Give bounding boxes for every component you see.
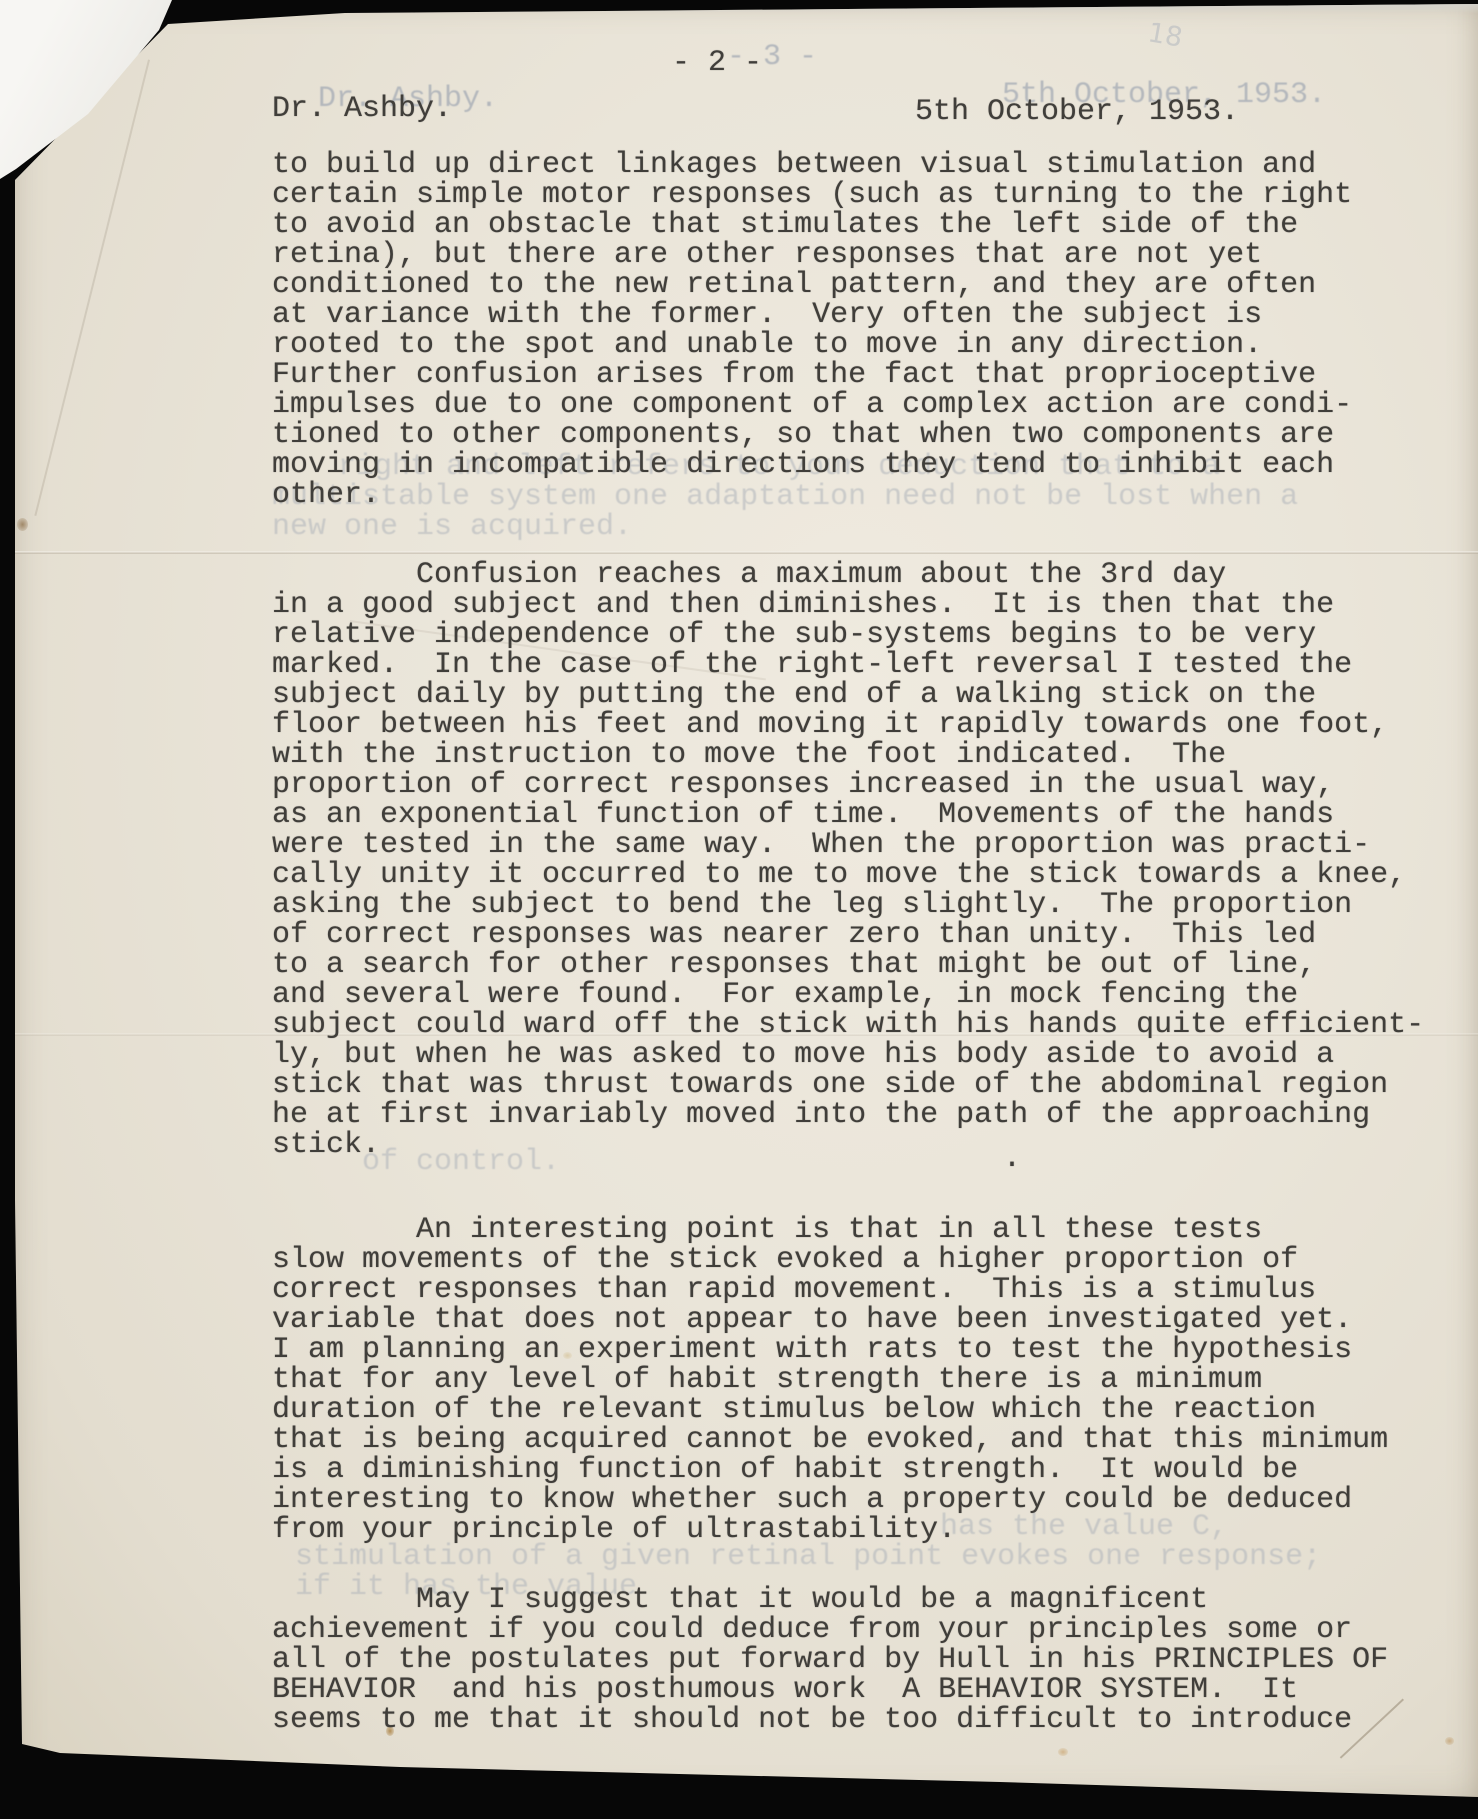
text-line: conditioned to the new retinal pattern, … — [272, 270, 1352, 300]
horizontal-fold-crease — [15, 551, 1478, 554]
text-line: I am planning an experiment with rats to… — [272, 1335, 1388, 1365]
addressee: Dr. Ashby. — [272, 92, 452, 126]
text-line: from your principle of ultrastability. — [272, 1515, 1388, 1545]
text-line: stick that was thrust towards one side o… — [272, 1070, 1424, 1100]
page-number: - 2 - — [672, 46, 762, 80]
text-line: certain simple motor responses (such as … — [272, 180, 1352, 210]
text-line: stick. — [272, 1130, 1424, 1160]
text-line: with the instruction to move the foot in… — [272, 740, 1424, 770]
text-line: and several were found. For example, in … — [272, 980, 1424, 1010]
text-line: to build up direct linkages between visu… — [272, 150, 1352, 180]
pencil-mark: 18 — [1146, 17, 1185, 53]
text-line: relative independence of the sub-systems… — [272, 620, 1424, 650]
bleedthrough-text: new one is acquired. — [272, 512, 632, 542]
folded-corner — [1405, 1697, 1475, 1759]
text-line: in a good subject and then diminishes. I… — [272, 590, 1424, 620]
text-line: cally unity it occurred to me to move th… — [272, 860, 1424, 890]
text-line: subject daily by putting the end of a wa… — [272, 680, 1424, 710]
text-line: were tested in the same way. When the pr… — [272, 830, 1424, 860]
text-line: he at first invariably moved into the pa… — [272, 1100, 1424, 1130]
text-line: to avoid an obstacle that stimulates the… — [272, 210, 1352, 240]
paragraph-2: Confusion reaches a maximum about the 3r… — [272, 560, 1424, 1160]
text-line: as an exponential function of time. Move… — [272, 800, 1424, 830]
paper-stain — [17, 518, 28, 531]
text-line: subject could ward off the stick with hi… — [272, 1010, 1424, 1040]
text-line: is a diminishing function of habit stren… — [272, 1455, 1388, 1485]
text-line: seems to me that it should not be too di… — [272, 1705, 1388, 1735]
text-line: An interesting point is that in all thes… — [272, 1215, 1388, 1245]
text-line: that is being acquired cannot be evoked,… — [272, 1425, 1388, 1455]
text-line: interesting to know whether such a prope… — [272, 1485, 1388, 1515]
text-line: variable that does not appear to have be… — [272, 1305, 1388, 1335]
text-line: Confusion reaches a maximum about the 3r… — [272, 560, 1424, 590]
text-line: marked. In the case of the right-left re… — [272, 650, 1424, 680]
text-line: tioned to other components, so that when… — [272, 420, 1352, 450]
text-line: retina), but there are other responses t… — [272, 240, 1352, 270]
text-line: duration of the relevant stimulus below … — [272, 1395, 1388, 1425]
letter-paper: 18 - 3 -Dr. Ashby.5th October, 1953.righ… — [0, 0, 1478, 1819]
paper-top-edge — [160, 3, 1478, 14]
text-line: that for any level of habit strength the… — [272, 1365, 1388, 1395]
text-line: to a search for other responses that mig… — [272, 950, 1424, 980]
scanned-letter: 18 - 3 -Dr. Ashby.5th October, 1953.righ… — [0, 0, 1478, 1819]
letter-date: 5th October, 1953. — [915, 95, 1239, 129]
text-line: asking the subject to bend the leg sligh… — [272, 890, 1424, 920]
text-line: ly, but when he was asked to move his bo… — [272, 1040, 1424, 1070]
text-line: Further confusion arises from the fact t… — [272, 360, 1352, 390]
text-line: proportion of correct responses increase… — [272, 770, 1424, 800]
text-line: of correct responses was nearer zero tha… — [272, 920, 1424, 950]
text-line: impulses due to one component of a compl… — [272, 390, 1352, 420]
text-line: other. — [272, 480, 1352, 510]
text-line: achievement if you could deduce from you… — [272, 1615, 1388, 1645]
text-line: BEHAVIOR and his posthumous work A BEHAV… — [272, 1675, 1388, 1705]
text-line: correct responses than rapid movement. T… — [272, 1275, 1388, 1305]
text-line: rooted to the spot and unable to move in… — [272, 330, 1352, 360]
text-line: slow movements of the stick evoked a hig… — [272, 1245, 1388, 1275]
paragraph-3: An interesting point is that in all thes… — [272, 1215, 1388, 1545]
text-line: all of the postulates put forward by Hul… — [272, 1645, 1388, 1675]
text-line: moving in incompatible directions they t… — [272, 450, 1352, 480]
text-line: at variance with the former. Very often … — [272, 300, 1352, 330]
paper-stain — [1058, 1748, 1068, 1756]
text-line: floor between his feet and moving it rap… — [272, 710, 1424, 740]
paragraph-1: to build up direct linkages between visu… — [272, 150, 1352, 510]
text-line: May I suggest that it would be a magnifi… — [272, 1585, 1388, 1615]
paragraph-4: May I suggest that it would be a magnifi… — [272, 1585, 1388, 1735]
